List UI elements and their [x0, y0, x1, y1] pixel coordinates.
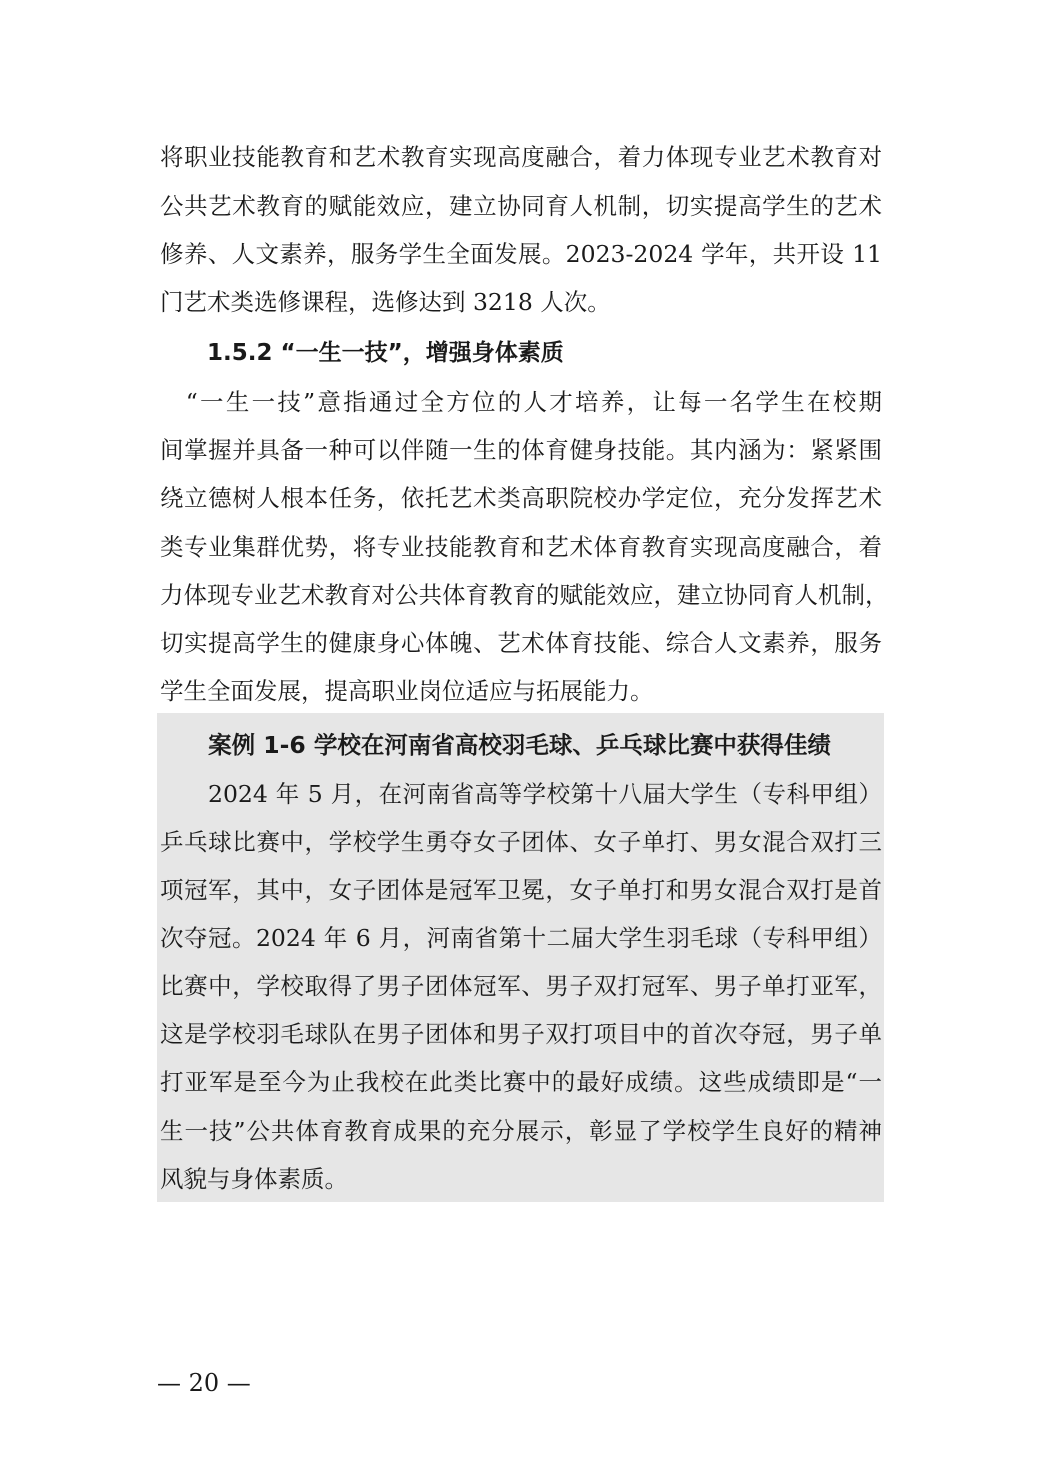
text-line: 次夺冠。2024 年 6 月，河南省第十二届大学生羽毛球（专科甲组） — [160, 914, 882, 962]
text-line: 切实提高学生的健康身心体魄、艺术体育技能、综合人文素养，服务 — [160, 619, 882, 667]
text-line: 绕立德树人根本任务，依托艺术类高职院校办学定位，充分发挥艺术 — [160, 474, 882, 522]
text-line: 公共艺术教育的赋能效应，建立协同育人机制，切实提高学生的艺术 — [160, 182, 882, 230]
text-line: 风貌与身体素质。 — [160, 1155, 882, 1203]
text-line: 学生全面发展，提高职业岗位适应与拓展能力。 — [160, 667, 882, 715]
case-study-title: 案例 1-6 学校在河南省高校羽毛球、乒乓球比赛中获得佳绩 — [0, 721, 1041, 769]
page-number: — 20 — — [157, 1368, 251, 1398]
text-line: 将职业技能教育和艺术教育实现高度融合，着力体现专业艺术教育对 — [160, 133, 882, 181]
text-line: 类专业集群优势，将专业技能教育和艺术体育教育实现高度融合，着 — [160, 523, 882, 571]
text-line: 生一技”公共体育教育成果的充分展示，彰显了学校学生良好的精神 — [160, 1107, 882, 1155]
case-study-title-text: 案例 1-6 学校在河南省高校羽毛球、乒乓球比赛中获得佳绩 — [208, 731, 831, 759]
text-line: “一生一技”意指通过全方位的人才培养，让每一名学生在校期 — [160, 378, 882, 426]
text-line: 2024 年 5 月，在河南省高等学校第十八届大学生（专科甲组） — [160, 770, 882, 818]
text-line: 比赛中，学校取得了男子团体冠军、男子双打冠军、男子单打亚军， — [160, 962, 882, 1010]
text-line: 乒乓球比赛中，学校学生勇夺女子团体、女子单打、男女混合双打三 — [160, 818, 882, 866]
text-line: 这是学校羽毛球队在男子团体和男子双打项目中的首次夺冠，男子单 — [160, 1010, 882, 1058]
text-line: 间掌握并具备一种可以伴随一生的体育健身技能。其内涵为：紧紧围 — [160, 426, 882, 474]
text-line: 门艺术类选修课程，选修达到 3218 人次。 — [160, 278, 882, 326]
section-heading: 1.5.2 “一生一技”，增强身体素质 — [207, 329, 564, 377]
text-line: 修养、人文素养，服务学生全面发展。2023-2024 学年，共开设 11 — [160, 230, 882, 278]
document-page: 将职业技能教育和艺术教育实现高度融合，着力体现专业艺术教育对 公共艺术教育的赋能… — [0, 0, 1041, 1472]
text-line: 力体现专业艺术教育对公共体育教育的赋能效应，建立协同育人机制， — [160, 571, 882, 619]
text-line: 打亚军是至今为止我校在此类比赛中的最好成绩。这些成绩即是“一 — [160, 1058, 882, 1106]
text-line: 项冠军，其中，女子团体是冠军卫冕，女子单打和男女混合双打是首 — [160, 866, 882, 914]
